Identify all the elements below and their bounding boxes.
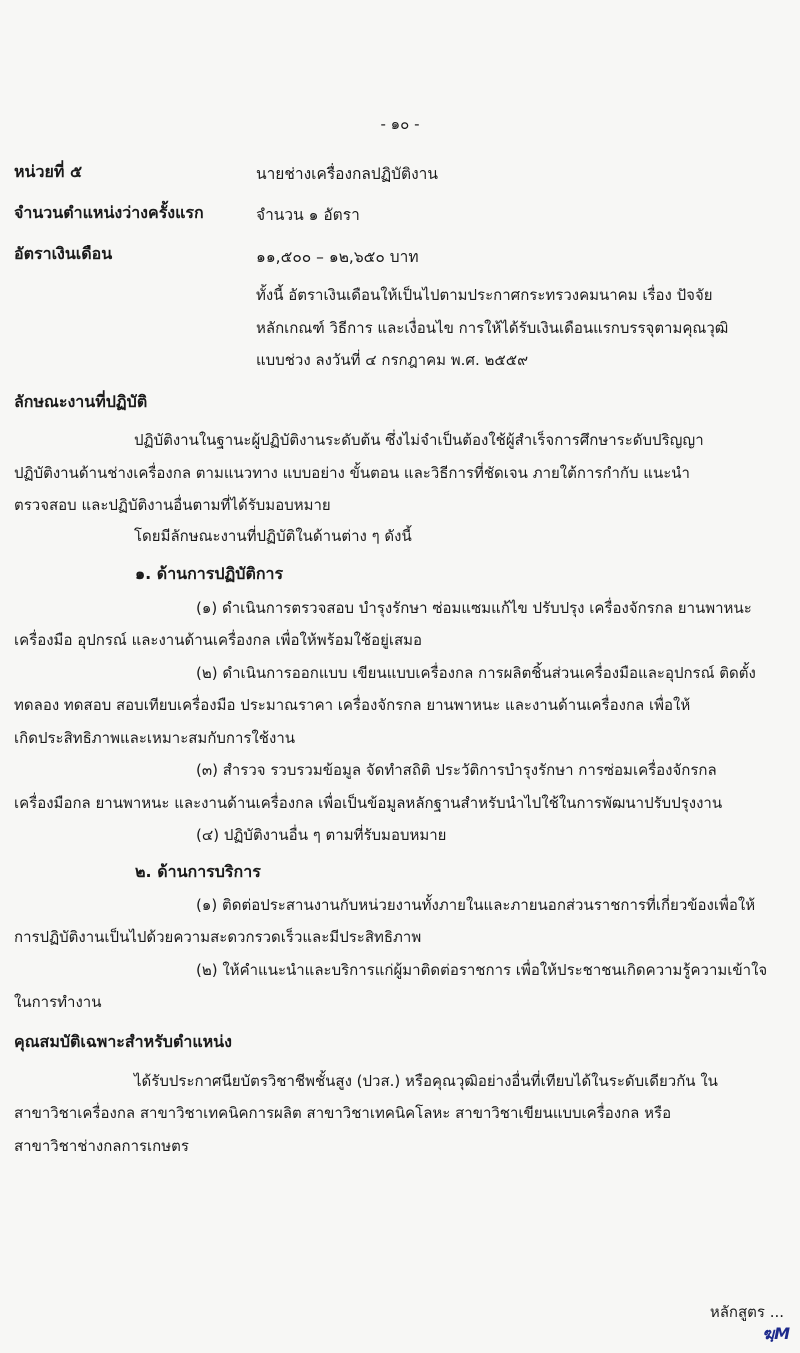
salary-note-line: แบบช่วง ลงวันที่ ๔ กรกฎาคม พ.ศ. ๒๕๕๙ xyxy=(256,348,528,372)
operations-item-line: ทดลอง ทดสอบ สอบเทียบเครื่องมือ ประมาณราค… xyxy=(14,693,690,717)
operations-item-line: (๔) ปฏิบัติงานอื่น ๆ ตามที่รับมอบหมาย xyxy=(196,823,446,847)
page-number: - ๑๐ - xyxy=(0,112,800,136)
job-intro-line: ปฏิบัติงานในฐานะผู้ปฏิบัติงานระดับต้น ซึ… xyxy=(134,428,704,452)
operations-item-line: (๓) สำรวจ รวบรวมข้อมูล จัดทำสถิติ ประวัต… xyxy=(196,758,717,782)
qualifications-heading: คุณสมบัติเฉพาะสำหรับตำแหน่ง xyxy=(14,1030,232,1055)
unit-value: นายช่างเครื่องกลปฏิบัติงาน xyxy=(256,161,438,186)
operations-item-line: เครื่องมือ อุปกรณ์ และงานด้านเครื่องกล เ… xyxy=(14,628,422,652)
operations-item-line: เกิดประสิทธิภาพและเหมาะสมกับการใช้งาน xyxy=(14,726,295,750)
salary-value: ๑๑,๕๐๐ – ๑๒,๖๕๐ บาท xyxy=(256,244,419,269)
section-operations-title: ๑. ด้านการปฏิบัติการ xyxy=(135,562,283,587)
job-intro-line: ตรวจสอบ และปฏิบัติงานอื่นตามที่ได้รับมอบ… xyxy=(14,493,331,517)
operations-item-line: (๒) ดำเนินการออกแบบ เขียนแบบเครื่องกล กา… xyxy=(196,661,756,685)
document-page: - ๑๐ - หน่วยที่ ๕ นายช่างเครื่องกลปฏิบัต… xyxy=(0,0,800,1353)
services-item-line: ในการทำงาน xyxy=(14,990,101,1014)
services-item-line: การปฏิบัติงานเป็นไปด้วยความสะดวกรวดเร็วแ… xyxy=(14,925,421,949)
services-item-line: (๒) ให้คำแนะนำและบริการแก่ผู้มาติดต่อราช… xyxy=(196,958,767,982)
services-item-line: (๑) ติดต่อประสานงานกับหน่วยงานทั้งภายในแ… xyxy=(196,893,755,917)
operations-item-line: เครื่องมือกล ยานพาหนะ และงานด้านเครื่องก… xyxy=(14,791,722,815)
vacancy-value: จำนวน ๑ อัตรา xyxy=(256,202,360,227)
vacancy-label: จำนวนตำแหน่งว่างครั้งแรก xyxy=(14,201,204,226)
initials-signature: ฆฺM xyxy=(762,1322,790,1347)
salary-label: อัตราเงินเดือน xyxy=(14,242,112,267)
continuation-text: หลักสูตร ... xyxy=(710,1300,784,1324)
unit-label: หน่วยที่ ๕ xyxy=(14,160,82,185)
job-intro-line: ปฏิบัติงานด้านช่างเครื่องกล ตามแนวทาง แบ… xyxy=(14,461,690,485)
job-nature-heading: ลักษณะงานที่ปฏิบัติ xyxy=(14,390,147,415)
salary-note-line: หลักเกณฑ์ วิธีการ และเงื่อนไข การให้ได้ร… xyxy=(256,316,728,340)
qualifications-line: สาขาวิชาเครื่องกล สาขาวิชาเทคนิคการผลิต … xyxy=(14,1101,671,1125)
qualifications-line: ได้รับประกาศนียบัตรวิชาชีพชั้นสูง (ปวส.)… xyxy=(134,1069,718,1093)
section-services-title: ๒. ด้านการบริการ xyxy=(135,860,261,885)
operations-item-line: (๑) ดำเนินการตรวจสอบ บำรุงรักษา ซ่อมแซมแ… xyxy=(196,596,752,620)
qualifications-line: สาขาวิชาช่างกลการเกษตร xyxy=(14,1134,189,1158)
salary-note-line: ทั้งนี้ อัตราเงินเดือนให้เป็นไปตามประกาศ… xyxy=(256,283,713,307)
job-lead-in: โดยมีลักษณะงานที่ปฏิบัติในด้านต่าง ๆ ดัง… xyxy=(134,524,412,548)
